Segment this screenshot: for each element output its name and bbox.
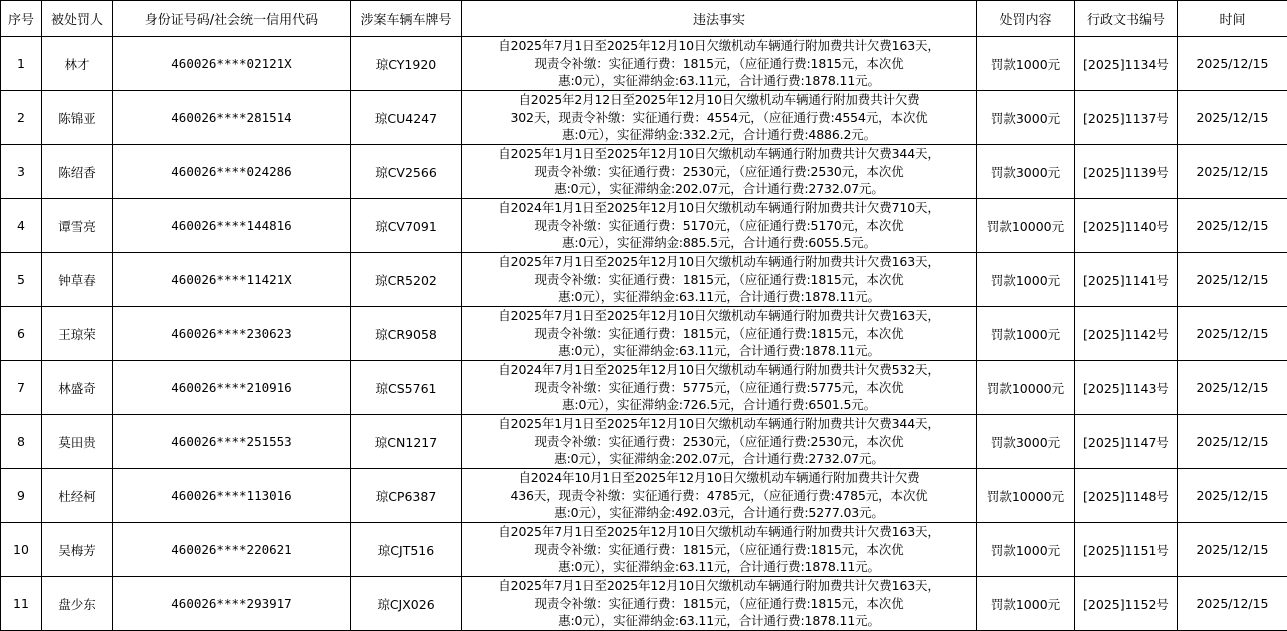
table-row: 10 吴梅芳 460026****220621 琼CJT516 自2025年7月… <box>1 523 1287 577</box>
cell-index: 4 <box>1 199 42 253</box>
table-row: 8 莫田贵 460026****251553 琼CN1217 自2025年1月1… <box>1 415 1287 469</box>
cell-plate: 琼CV7091 <box>351 199 462 253</box>
cell-doc-no: [2025]1148号 <box>1075 469 1178 523</box>
cell-id-code: 460026****113016 <box>113 469 351 523</box>
cell-index: 6 <box>1 307 42 361</box>
cell-plate: 琼CV2566 <box>351 145 462 199</box>
facts-line: 现责令补缴：实征通行费：1815元，（应征通行费:1815元，本次优 <box>462 541 976 559</box>
facts-line: 现责令补缴：实征通行费：1815元，（应征通行费:1815元，本次优 <box>462 271 976 289</box>
cell-index: 5 <box>1 253 42 307</box>
cell-plate: 琼CJX026 <box>351 577 462 631</box>
facts-line: 自2025年7月1日至2025年12月10日欠缴机动车辆通行附加费共计欠费163… <box>462 577 976 595</box>
facts-line: 惠:0元），实征滞纳金:202.07元，合计通行费:2732.07元。 <box>462 450 976 468</box>
facts-line: 自2025年7月1日至2025年12月10日欠缴机动车辆通行附加费共计欠费163… <box>462 37 976 55</box>
header-date: 时间 <box>1178 1 1287 37</box>
cell-penalty: 罚款1000元 <box>977 37 1075 91</box>
cell-id-code: 460026****293917 <box>113 577 351 631</box>
facts-line: 自2025年2月12日至2025年12月10日欠缴机动车辆通行附加费共计欠费 <box>462 91 976 109</box>
cell-plate: 琼CS5761 <box>351 361 462 415</box>
cell-date: 2025/12/15 <box>1178 91 1287 145</box>
cell-penalty: 罚款10000元 <box>977 469 1075 523</box>
header-plate: 涉案车辆车牌号 <box>351 1 462 37</box>
facts-line: 自2025年7月1日至2025年12月10日欠缴机动车辆通行附加费共计欠费163… <box>462 307 976 325</box>
cell-doc-no: [2025]1143号 <box>1075 361 1178 415</box>
cell-plate: 琼CJT516 <box>351 523 462 577</box>
cell-date: 2025/12/15 <box>1178 577 1287 631</box>
facts-line: 惠:0元），实征滞纳金:63.11元，合计通行费:1878.11元。 <box>462 342 976 360</box>
facts-line: 惠:0元），实征滞纳金:492.03元，合计通行费:5277.03元。 <box>462 504 976 522</box>
facts-line: 惠:0元），实征滞纳金:63.11元，合计通行费:1878.11元。 <box>462 558 976 576</box>
cell-doc-no: [2025]1147号 <box>1075 415 1178 469</box>
cell-penalty: 罚款1000元 <box>977 253 1075 307</box>
cell-doc-no: [2025]1134号 <box>1075 37 1178 91</box>
cell-name: 盘少东 <box>42 577 113 631</box>
cell-date: 2025/12/15 <box>1178 523 1287 577</box>
cell-id-code: 460026****144816 <box>113 199 351 253</box>
cell-doc-no: [2025]1140号 <box>1075 199 1178 253</box>
cell-facts: 自2025年2月12日至2025年12月10日欠缴机动车辆通行附加费共计欠费 3… <box>462 91 977 145</box>
table-row: 4 谭雪亮 460026****144816 琼CV7091 自2024年1月1… <box>1 199 1287 253</box>
cell-doc-no: [2025]1142号 <box>1075 307 1178 361</box>
facts-line: 自2024年10月1日至2025年12月10日欠缴机动车辆通行附加费共计欠费 <box>462 469 976 487</box>
facts-line: 惠:0元），实征滞纳金:202.07元，合计通行费:2732.07元。 <box>462 180 976 198</box>
cell-facts: 自2024年7月1日至2025年12月10日欠缴机动车辆通行附加费共计欠费532… <box>462 361 977 415</box>
cell-date: 2025/12/15 <box>1178 253 1287 307</box>
cell-index: 2 <box>1 91 42 145</box>
cell-penalty: 罚款1000元 <box>977 523 1075 577</box>
cell-name: 陈绍香 <box>42 145 113 199</box>
cell-id-code: 460026****024286 <box>113 145 351 199</box>
cell-penalty: 罚款10000元 <box>977 361 1075 415</box>
table-row: 2 陈锦亚 460026****281514 琼CU4247 自2025年2月1… <box>1 91 1287 145</box>
cell-penalty: 罚款3000元 <box>977 91 1075 145</box>
cell-facts: 自2025年1月1日至2025年12月10日欠缴机动车辆通行附加费共计欠费344… <box>462 145 977 199</box>
facts-line: 现责令补缴：实征通行费：2530元，（应征通行费:2530元，本次优 <box>462 163 976 181</box>
cell-facts: 自2025年1月1日至2025年12月10日欠缴机动车辆通行附加费共计欠费344… <box>462 415 977 469</box>
cell-id-code: 460026****230623 <box>113 307 351 361</box>
cell-facts: 自2025年7月1日至2025年12月10日欠缴机动车辆通行附加费共计欠费163… <box>462 37 977 91</box>
facts-line: 现责令补缴：实征通行费：1815元，（应征通行费:1815元，本次优 <box>462 325 976 343</box>
cell-doc-no: [2025]1141号 <box>1075 253 1178 307</box>
cell-name: 林盛奇 <box>42 361 113 415</box>
facts-line: 302天，现责令补缴：实征通行费：4554元，（应征通行费:4554元，本次优 <box>462 109 976 127</box>
facts-line: 惠:0元），实征滞纳金:63.11元，合计通行费:1878.11元。 <box>462 288 976 306</box>
cell-date: 2025/12/15 <box>1178 469 1287 523</box>
cell-name: 吴梅芳 <box>42 523 113 577</box>
facts-line: 惠:0元），实征滞纳金:726.5元，合计通行费:6501.5元。 <box>462 396 976 414</box>
cell-plate: 琼CP6387 <box>351 469 462 523</box>
facts-line: 436天，现责令补缴：实征通行费：4785元，（应征通行费:4785元，本次优 <box>462 487 976 505</box>
table-row: 5 钟草春 460026****11421X 琼CR5202 自2025年7月1… <box>1 253 1287 307</box>
cell-index: 1 <box>1 37 42 91</box>
cell-facts: 自2025年7月1日至2025年12月10日欠缴机动车辆通行附加费共计欠费163… <box>462 253 977 307</box>
cell-id-code: 460026****281514 <box>113 91 351 145</box>
facts-line: 现责令补缴：实征通行费：5775元，（应征通行费:5775元，本次优 <box>462 379 976 397</box>
table-row: 3 陈绍香 460026****024286 琼CV2566 自2025年1月1… <box>1 145 1287 199</box>
cell-penalty: 罚款3000元 <box>977 415 1075 469</box>
cell-facts: 自2025年7月1日至2025年12月10日欠缴机动车辆通行附加费共计欠费163… <box>462 307 977 361</box>
cell-index: 9 <box>1 469 42 523</box>
cell-date: 2025/12/15 <box>1178 415 1287 469</box>
facts-line: 惠:0元），实征滞纳金:63.11元，合计通行费:1878.11元。 <box>462 612 976 630</box>
cell-name: 钟草春 <box>42 253 113 307</box>
cell-name: 杜经柯 <box>42 469 113 523</box>
facts-line: 自2024年7月1日至2025年12月10日欠缴机动车辆通行附加费共计欠费532… <box>462 361 976 379</box>
facts-line: 自2025年7月1日至2025年12月10日欠缴机动车辆通行附加费共计欠费163… <box>462 523 976 541</box>
cell-date: 2025/12/15 <box>1178 361 1287 415</box>
cell-doc-no: [2025]1151号 <box>1075 523 1178 577</box>
facts-line: 现责令补缴：实征通行费：5170元，（应征通行费:5170元，本次优 <box>462 217 976 235</box>
cell-penalty: 罚款10000元 <box>977 199 1075 253</box>
cell-name: 王琼荣 <box>42 307 113 361</box>
cell-id-code: 460026****251553 <box>113 415 351 469</box>
cell-penalty: 罚款1000元 <box>977 307 1075 361</box>
cell-id-code: 460026****220621 <box>113 523 351 577</box>
cell-plate: 琼CR9058 <box>351 307 462 361</box>
table-row: 6 王琼荣 460026****230623 琼CR9058 自2025年7月1… <box>1 307 1287 361</box>
facts-line: 自2024年1月1日至2025年12月10日欠缴机动车辆通行附加费共计欠费710… <box>462 199 976 217</box>
cell-facts: 自2025年7月1日至2025年12月10日欠缴机动车辆通行附加费共计欠费163… <box>462 577 977 631</box>
cell-date: 2025/12/15 <box>1178 37 1287 91</box>
header-penalty: 处罚内容 <box>977 1 1075 37</box>
header-index: 序号 <box>1 1 42 37</box>
cell-plate: 琼CN1217 <box>351 415 462 469</box>
cell-plate: 琼CU4247 <box>351 91 462 145</box>
table-body: 1 林才 460026****02121X 琼CY1920 自2025年7月1日… <box>1 37 1287 631</box>
cell-index: 8 <box>1 415 42 469</box>
cell-id-code: 460026****02121X <box>113 37 351 91</box>
table-row: 11 盘少东 460026****293917 琼CJX026 自2025年7月… <box>1 577 1287 631</box>
cell-facts: 自2025年7月1日至2025年12月10日欠缴机动车辆通行附加费共计欠费163… <box>462 523 977 577</box>
facts-line: 惠:0元），实征滞纳金:332.2元，合计通行费:4886.2元。 <box>462 126 976 144</box>
cell-name: 莫田贵 <box>42 415 113 469</box>
cell-index: 11 <box>1 577 42 631</box>
cell-index: 10 <box>1 523 42 577</box>
cell-name: 林才 <box>42 37 113 91</box>
cell-doc-no: [2025]1137号 <box>1075 91 1178 145</box>
cell-id-code: 460026****11421X <box>113 253 351 307</box>
header-name: 被处罚人 <box>42 1 113 37</box>
cell-plate: 琼CY1920 <box>351 37 462 91</box>
facts-line: 现责令补缴：实征通行费：2530元，（应征通行费:2530元，本次优 <box>462 433 976 451</box>
penalty-table: 序号 被处罚人 身份证号码/社会统一信用代码 涉案车辆车牌号 违法事实 处罚内容… <box>0 0 1287 631</box>
cell-facts: 自2024年1月1日至2025年12月10日欠缴机动车辆通行附加费共计欠费710… <box>462 199 977 253</box>
facts-line: 惠:0元），实征滞纳金:63.11元，合计通行费:1878.11元。 <box>462 72 976 90</box>
cell-date: 2025/12/15 <box>1178 307 1287 361</box>
cell-index: 7 <box>1 361 42 415</box>
table-row: 7 林盛奇 460026****210916 琼CS5761 自2024年7月1… <box>1 361 1287 415</box>
facts-line: 自2025年7月1日至2025年12月10日欠缴机动车辆通行附加费共计欠费163… <box>462 253 976 271</box>
facts-line: 自2025年1月1日至2025年12月10日欠缴机动车辆通行附加费共计欠费344… <box>462 145 976 163</box>
cell-date: 2025/12/15 <box>1178 145 1287 199</box>
cell-date: 2025/12/15 <box>1178 199 1287 253</box>
cell-facts: 自2024年10月1日至2025年12月10日欠缴机动车辆通行附加费共计欠费 4… <box>462 469 977 523</box>
cell-id-code: 460026****210916 <box>113 361 351 415</box>
cell-penalty: 罚款1000元 <box>977 577 1075 631</box>
cell-doc-no: [2025]1152号 <box>1075 577 1178 631</box>
facts-line: 自2025年1月1日至2025年12月10日欠缴机动车辆通行附加费共计欠费344… <box>462 415 976 433</box>
cell-name: 陈锦亚 <box>42 91 113 145</box>
cell-penalty: 罚款3000元 <box>977 145 1075 199</box>
table-row: 1 林才 460026****02121X 琼CY1920 自2025年7月1日… <box>1 37 1287 91</box>
cell-plate: 琼CR5202 <box>351 253 462 307</box>
header-doc-no: 行政文书编号 <box>1075 1 1178 37</box>
header-facts: 违法事实 <box>462 1 977 37</box>
facts-line: 现责令补缴：实征通行费：1815元，（应征通行费:1815元，本次优 <box>462 595 976 613</box>
header-row: 序号 被处罚人 身份证号码/社会统一信用代码 涉案车辆车牌号 违法事实 处罚内容… <box>1 1 1287 37</box>
facts-line: 现责令补缴：实征通行费：1815元，（应征通行费:1815元，本次优 <box>462 55 976 73</box>
cell-doc-no: [2025]1139号 <box>1075 145 1178 199</box>
header-id-code: 身份证号码/社会统一信用代码 <box>113 1 351 37</box>
facts-line: 惠:0元），实征滞纳金:885.5元，合计通行费:6055.5元。 <box>462 234 976 252</box>
cell-index: 3 <box>1 145 42 199</box>
cell-name: 谭雪亮 <box>42 199 113 253</box>
table-row: 9 杜经柯 460026****113016 琼CP6387 自2024年10月… <box>1 469 1287 523</box>
